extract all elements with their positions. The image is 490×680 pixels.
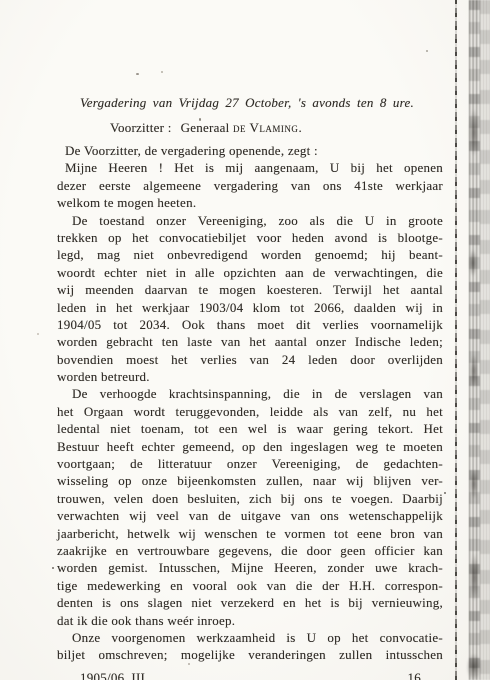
scan-blot [470,470,478,498]
text-line: wisseling op onze bijeenkomsten zullen, … [57,472,443,489]
text-line: worden gemist. Intusschen, Mijne Heeren,… [57,559,443,576]
page-edge-outer-streaks [480,0,490,680]
scan-speck [426,50,428,52]
scan-speck [188,663,190,665]
meeting-title: Vergadering van Vrijdag 27 October, 's a… [80,94,414,112]
scan-speck [161,71,163,73]
scan-speck [52,567,54,569]
text-line: wij meenden daarvan te mogen koesteren. … [57,281,443,298]
text-line: voortgaan; de litteratuur onzer Vereenig… [57,455,443,472]
text-line: biljet omschreven; mogelijke verandering… [57,646,443,663]
scan-blot [467,654,481,680]
paragraph-welcome: Mijne Heeren ! Het is mij aangenaam, U b… [57,159,443,211]
text-line: trekken op het convocatiebiljet voor hed… [57,229,443,246]
text-line: dat ik die ook thans weér inroep. [57,612,443,629]
paragraph-publications: De verhoogde krachtsinspanning, die in d… [57,385,443,628]
text-line: leden in het werkjaar 1903/04 klom tot 2… [57,299,443,316]
text-line: verwachten wij veel van de uitgave van o… [57,507,443,524]
paragraph-agenda: Onze voorgenomen werkzaamheid is U op he… [57,629,443,664]
scan-speck [136,73,139,75]
text-line: De verhoogde krachtsinspanning, die in d… [57,385,443,402]
chairman-rank: Generaal [181,120,230,135]
paragraph-membership: De toestand onzer Vereeniging, zoo als d… [57,212,443,386]
chairman-name: de Vlaming [233,120,298,135]
chairman-period: . [298,120,302,135]
chairman-line: Voorzitter :Generaal de Vlaming. [110,119,443,137]
text-line: het Orgaan wordt teruggevonden, leidde a… [57,403,443,420]
page-edge-line [455,0,457,680]
text-line: Mijne Heeren ! Het is mij aangenaam, U b… [57,159,443,176]
page-footer: 1905/06. III. 16 [57,669,443,680]
text-line: 1904/05 tot 2034. Ook thans moet dit ver… [57,316,443,333]
text-line: dezer eerste algemeene vergadering van o… [57,177,443,194]
scanned-page: Vergadering van Vrijdag 27 October, 's a… [0,0,490,680]
text-line: De toestand onzer Vereeniging, zoo als d… [57,212,443,229]
page-text-block: Vergadering van Vrijdag 27 October, 's a… [57,94,443,680]
scan-speck [444,492,446,494]
text-line: zaakrijke en vertrouwbare gegevens, die … [57,542,443,559]
text-line: trouwen, velen doen besluiten, zich bij … [57,490,443,507]
scan-blot [469,250,477,276]
text-line: ledental niet toenam, tot een wel is waa… [57,420,443,437]
volume-signature: 1905/06. III. [57,669,149,680]
text-line: De Voorzitter, de vergadering openende, … [57,142,443,159]
text-line: legd, mag niet onbevredigend worden geno… [57,246,443,263]
text-line: woordt echter niet in alle opzichten aan… [57,264,443,281]
text-line: denten is ons slagen niet verzekerd en h… [57,594,443,611]
scan-speck [199,118,201,121]
chairman-label: Voorzitter : [110,120,172,135]
text-line: welkom te mogen heeten. [57,194,443,211]
page-number: 16 [408,669,444,680]
scan-blot [470,555,479,600]
scan-blot [470,355,478,387]
text-line: Onze voorgenomen werkzaamheid is U op he… [57,629,443,646]
scan-blot [469,110,479,155]
text-line: jaarbericht, hetwelk wij wenschen te vor… [57,525,443,542]
text-line: bovendien moest het verlies van 24 leden… [57,351,443,368]
text-line: Bestuur heeft echter gemeend, op den ing… [57,438,443,455]
text-line: worden betreurd. [57,368,443,385]
paragraph-opening-statement: De Voorzitter, de vergadering openende, … [57,142,443,159]
scan-speck [37,333,39,335]
text-line: worden gebracht ten laste van het aantal… [57,333,443,350]
text-line: tige medewerking en vooral ook van die d… [57,577,443,594]
